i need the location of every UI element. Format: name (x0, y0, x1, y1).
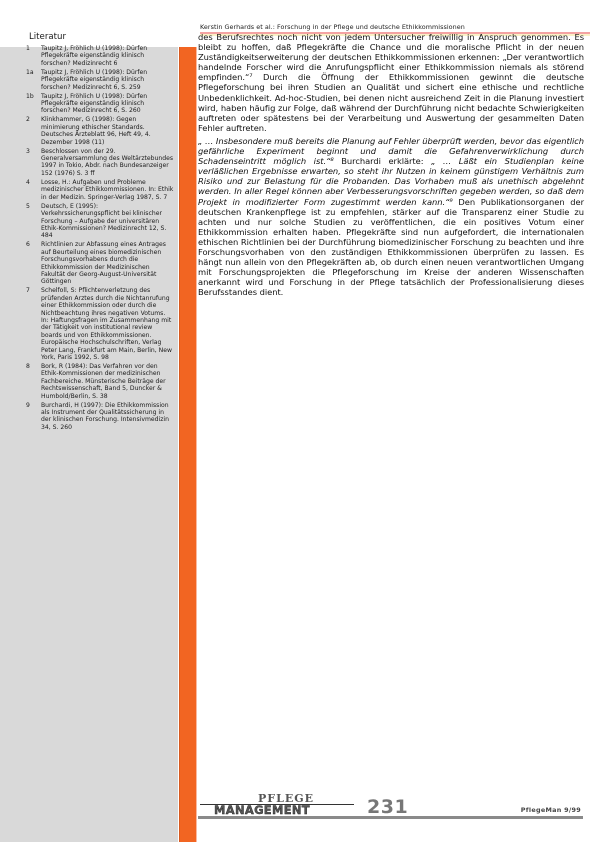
paragraph: „ … Insbesondere muß bereits die Planung… (198, 136, 584, 298)
reference-text: Bork, R (1984): Das Verfahren vor den Et… (41, 363, 174, 400)
reference-item: 6Richtlinien zur Abfassung eines Antrage… (26, 241, 174, 285)
reference-item: 8Bork, R (1984): Das Verfahren vor den E… (26, 363, 174, 400)
literature-list: Literatur 1Taupitz J, Fröhlich U (1998):… (26, 32, 174, 433)
reference-text: Richtlinien zur Abfassung eines Antrages… (41, 241, 174, 285)
reference-item: 7Schelfoll, S: Pflichtenverletzung des p… (26, 287, 174, 361)
reference-number: 9 (26, 402, 41, 432)
reference-number: 5 (26, 203, 41, 240)
reference-number: 4 (26, 179, 41, 201)
reference-number: 8 (26, 363, 41, 400)
reference-text: Losse, H.: Aufgaben und Probleme medizin… (41, 179, 174, 201)
reference-text: Taupitz J, Fröhlich U (1998): Dürfen Pfl… (41, 69, 174, 91)
reference-item: 1aTaupitz J, Fröhlich U (1998): Dürfen P… (26, 69, 174, 91)
journal-logo: PFLEGE MANAGEMENT (214, 794, 340, 816)
body-text: Burchardi erklärte: (334, 156, 431, 166)
reference-text: Schelfoll, S: Pflichtenverletzung des pr… (41, 287, 174, 361)
reference-number: 1a (26, 69, 41, 91)
reference-text: Beschlossen von der 29. Generalversammlu… (41, 148, 174, 178)
page-number: 231 (367, 796, 408, 818)
reference-number: 2 (26, 116, 41, 146)
literature-title: Literatur (29, 32, 174, 43)
issue-label: PflegeMan 9/99 (521, 806, 581, 814)
reference-item: 3Beschlossen von der 29. Generalversamml… (26, 148, 174, 178)
reference-text: Klinkhammer, G (1998): Gegen minimierung… (41, 116, 174, 146)
reference-number: 3 (26, 148, 41, 178)
reference-text: Taupitz J, Fröhlich U (1998): Dürfen Pfl… (41, 45, 174, 67)
article-body: des Berufsrechtes noch nicht von jedem U… (198, 32, 584, 300)
footer-rule (198, 816, 583, 819)
accent-bar (179, 47, 197, 842)
reference-text: Taupitz J, Fröhlich U (1998): Dürfen Pfl… (41, 93, 174, 115)
reference-item: 5Deutsch, E (1995): Verkehrssicherungspf… (26, 203, 174, 240)
reference-number: 6 (26, 241, 41, 285)
reference-text: Burchardi, H (1997): Die Ethikkommission… (41, 402, 174, 432)
reference-item: 1bTaupitz J, Fröhlich U (1998): Dürfen P… (26, 93, 174, 115)
reference-text: Deutsch, E (1995): Verkehrssicherungspfl… (41, 203, 174, 240)
reference-item: 9Burchardi, H (1997): Die Ethikkommissio… (26, 402, 174, 432)
reference-number: 1b (26, 93, 41, 115)
logo-bottom-text: MANAGEMENT (214, 805, 340, 816)
body-text: Den Publikationsorganen der deutschen Kr… (198, 197, 584, 298)
reference-number: 1 (26, 45, 41, 67)
reference-item: 2Klinkhammer, G (1998): Gegen minimierun… (26, 116, 174, 146)
reference-item: 1Taupitz J, Fröhlich U (1998): Dürfen Pf… (26, 45, 174, 67)
reference-item: 4Losse, H.: Aufgaben und Probleme medizi… (26, 179, 174, 201)
reference-number: 7 (26, 287, 41, 361)
paragraph: des Berufsrechtes noch nicht von jedem U… (198, 32, 584, 133)
